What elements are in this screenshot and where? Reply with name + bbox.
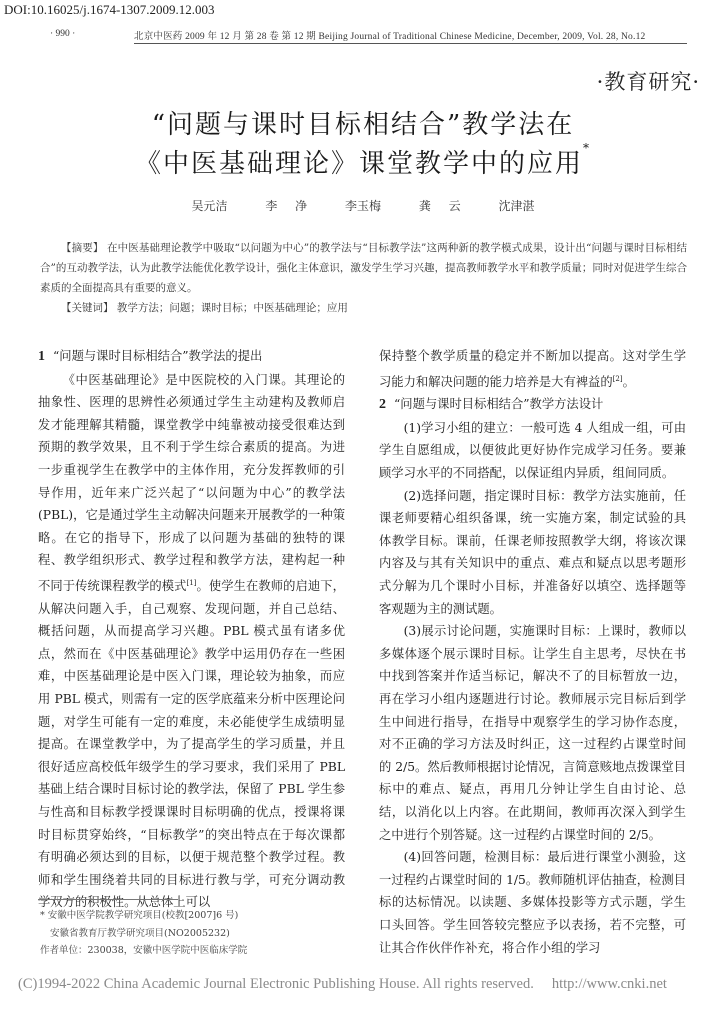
section-tag: ·教育研究·: [597, 66, 700, 96]
footnote-funding-1: * 安徽中医学院教学研究项目(校教[2007]6 号): [40, 907, 340, 925]
paragraph-text: 保持整个教学质量的稳定并不断加以提高。这对学生学习能力和解决问题的能力培养是大有…: [379, 349, 686, 389]
body-column-left: 1“问题与课时目标相结合”教学法的提出 《中医基础理论》是中医院校的入门课。其理…: [38, 345, 345, 914]
title-text-1: “问题与课时目标相结合”教学法在: [152, 110, 575, 140]
section-heading-text: “问题与课时目标相结合”教学法的提出: [53, 349, 262, 363]
section-1-heading: 1“问题与课时目标相结合”教学法的提出: [38, 345, 345, 369]
author: 李 净: [265, 199, 307, 213]
abstract-paragraph: 【摘要】 在中医基础理论教学中吸取“以问题为中心”的教学法与“目标教学法”这两种…: [40, 238, 687, 298]
footnote-affiliation: 作者单位：230038，安徽中医学院中医临床学院: [40, 942, 340, 960]
section-2-heading: 2“问题与课时目标相结合”教学方法设计: [379, 393, 686, 417]
citation-ref-1[interactable]: [1]: [187, 579, 197, 587]
abstract: 【摘要】 在中医基础理论教学中吸取“以问题为中心”的教学法与“目标教学法”这两种…: [40, 238, 687, 318]
paragraph-text: 。使学生在教师的启迪下，从解决问题入手，自己观察、发现问题，并自己总结、概括问题…: [38, 579, 345, 909]
copyright-footer: (C)1994-2022 China Academic Journal Elec…: [18, 976, 718, 993]
section-heading-text: “问题与课时目标相结合”教学方法设计: [394, 397, 603, 411]
author: 沈津湛: [498, 199, 534, 213]
keywords-paragraph: 【关键词】 教学方法；问题；课时目标；中医基础理论；应用: [40, 298, 687, 318]
footnote-divider: [38, 899, 178, 900]
title-text-2: 《中医基础理论》课堂教学中的应用: [135, 149, 583, 179]
abstract-text: 在中医基础理论教学中吸取“以问题为中心”的教学法与“目标教学法”这两种新的教学模…: [40, 242, 687, 294]
article-title-line-1: “问题与课时目标相结合”教学法在: [0, 104, 726, 141]
paragraph-text: 《中医基础理论》是中医院校的入门课。其理论的抽象性、医理的思辨性必须通过学生主动…: [38, 373, 345, 593]
paragraph-text: 。: [623, 375, 635, 389]
footnotes: * 安徽中医学院教学研究项目(校教[2007]6 号) 安徽省教育厅教学研究项目…: [40, 907, 340, 960]
section-2-item-1: (1)学习小组的建立：一般可选 4 人组成一组，可由学生自愿组成，以便彼此更好协…: [379, 417, 686, 485]
section-number: 1: [38, 349, 45, 364]
doi-line: DOI:10.16025/j.1674-1307.2009.12.003: [4, 2, 215, 18]
journal-citation: 北京中医药 2009 年 12 月 第 28 卷 第 12 期 Beijing …: [134, 28, 687, 44]
cnki-link[interactable]: http://www.cnki.net: [552, 976, 667, 992]
keywords-label: 【关键词】: [61, 302, 114, 314]
page-number: · 990 ·: [50, 29, 75, 39]
running-head: · 990 · 北京中医药 2009 年 12 月 第 28 卷 第 12 期 …: [38, 27, 688, 45]
section-number: 2: [379, 397, 386, 412]
abstract-label: 【摘要】: [61, 242, 104, 254]
footnote-funding-2: 安徽省教育厅教学研究项目(NO2005232): [40, 925, 340, 943]
body-column-right: 保持整个教学质量的稳定并不断加以提高。这对学生学习能力和解决问题的能力培养是大有…: [379, 345, 686, 959]
copyright-text: (C)1994-2022 China Academic Journal Elec…: [18, 976, 534, 992]
author: 龚 云: [419, 199, 461, 213]
article-title-line-2: 《中医基础理论》课堂教学中的应用*: [0, 143, 726, 180]
title-footnote-mark: *: [583, 141, 591, 155]
section-1-paragraph: 《中医基础理论》是中医院校的入门课。其理论的抽象性、医理的思辨性必须通过学生主动…: [38, 369, 345, 914]
section-1-continuation: 保持整个教学质量的稳定并不断加以提高。这对学生学习能力和解决问题的能力培养是大有…: [379, 345, 686, 393]
author-list: 吴元洁 李 净 李玉梅 龚 云 沈津湛: [0, 197, 726, 214]
section-2-item-3: (3)展示讨论问题，实施课时目标：上课时，教师以多媒体逐个展示课时目标。让学生自…: [379, 620, 686, 846]
section-2-item-4: (4)回答问题，检测目标：最后进行课堂小测验，这一过程约占课堂时间的 1/5。教…: [379, 846, 686, 959]
section-2-item-2: (2)选择问题，指定课时目标：教学方法实施前，任课老师要精心组织备课，统一实施方…: [379, 485, 686, 621]
citation-ref-2[interactable]: [2]: [613, 375, 623, 383]
author: 吴元洁: [191, 199, 227, 213]
author: 李玉梅: [345, 199, 381, 213]
keywords-text: 教学方法；问题；课时目标；中医基础理论；应用: [117, 302, 348, 314]
